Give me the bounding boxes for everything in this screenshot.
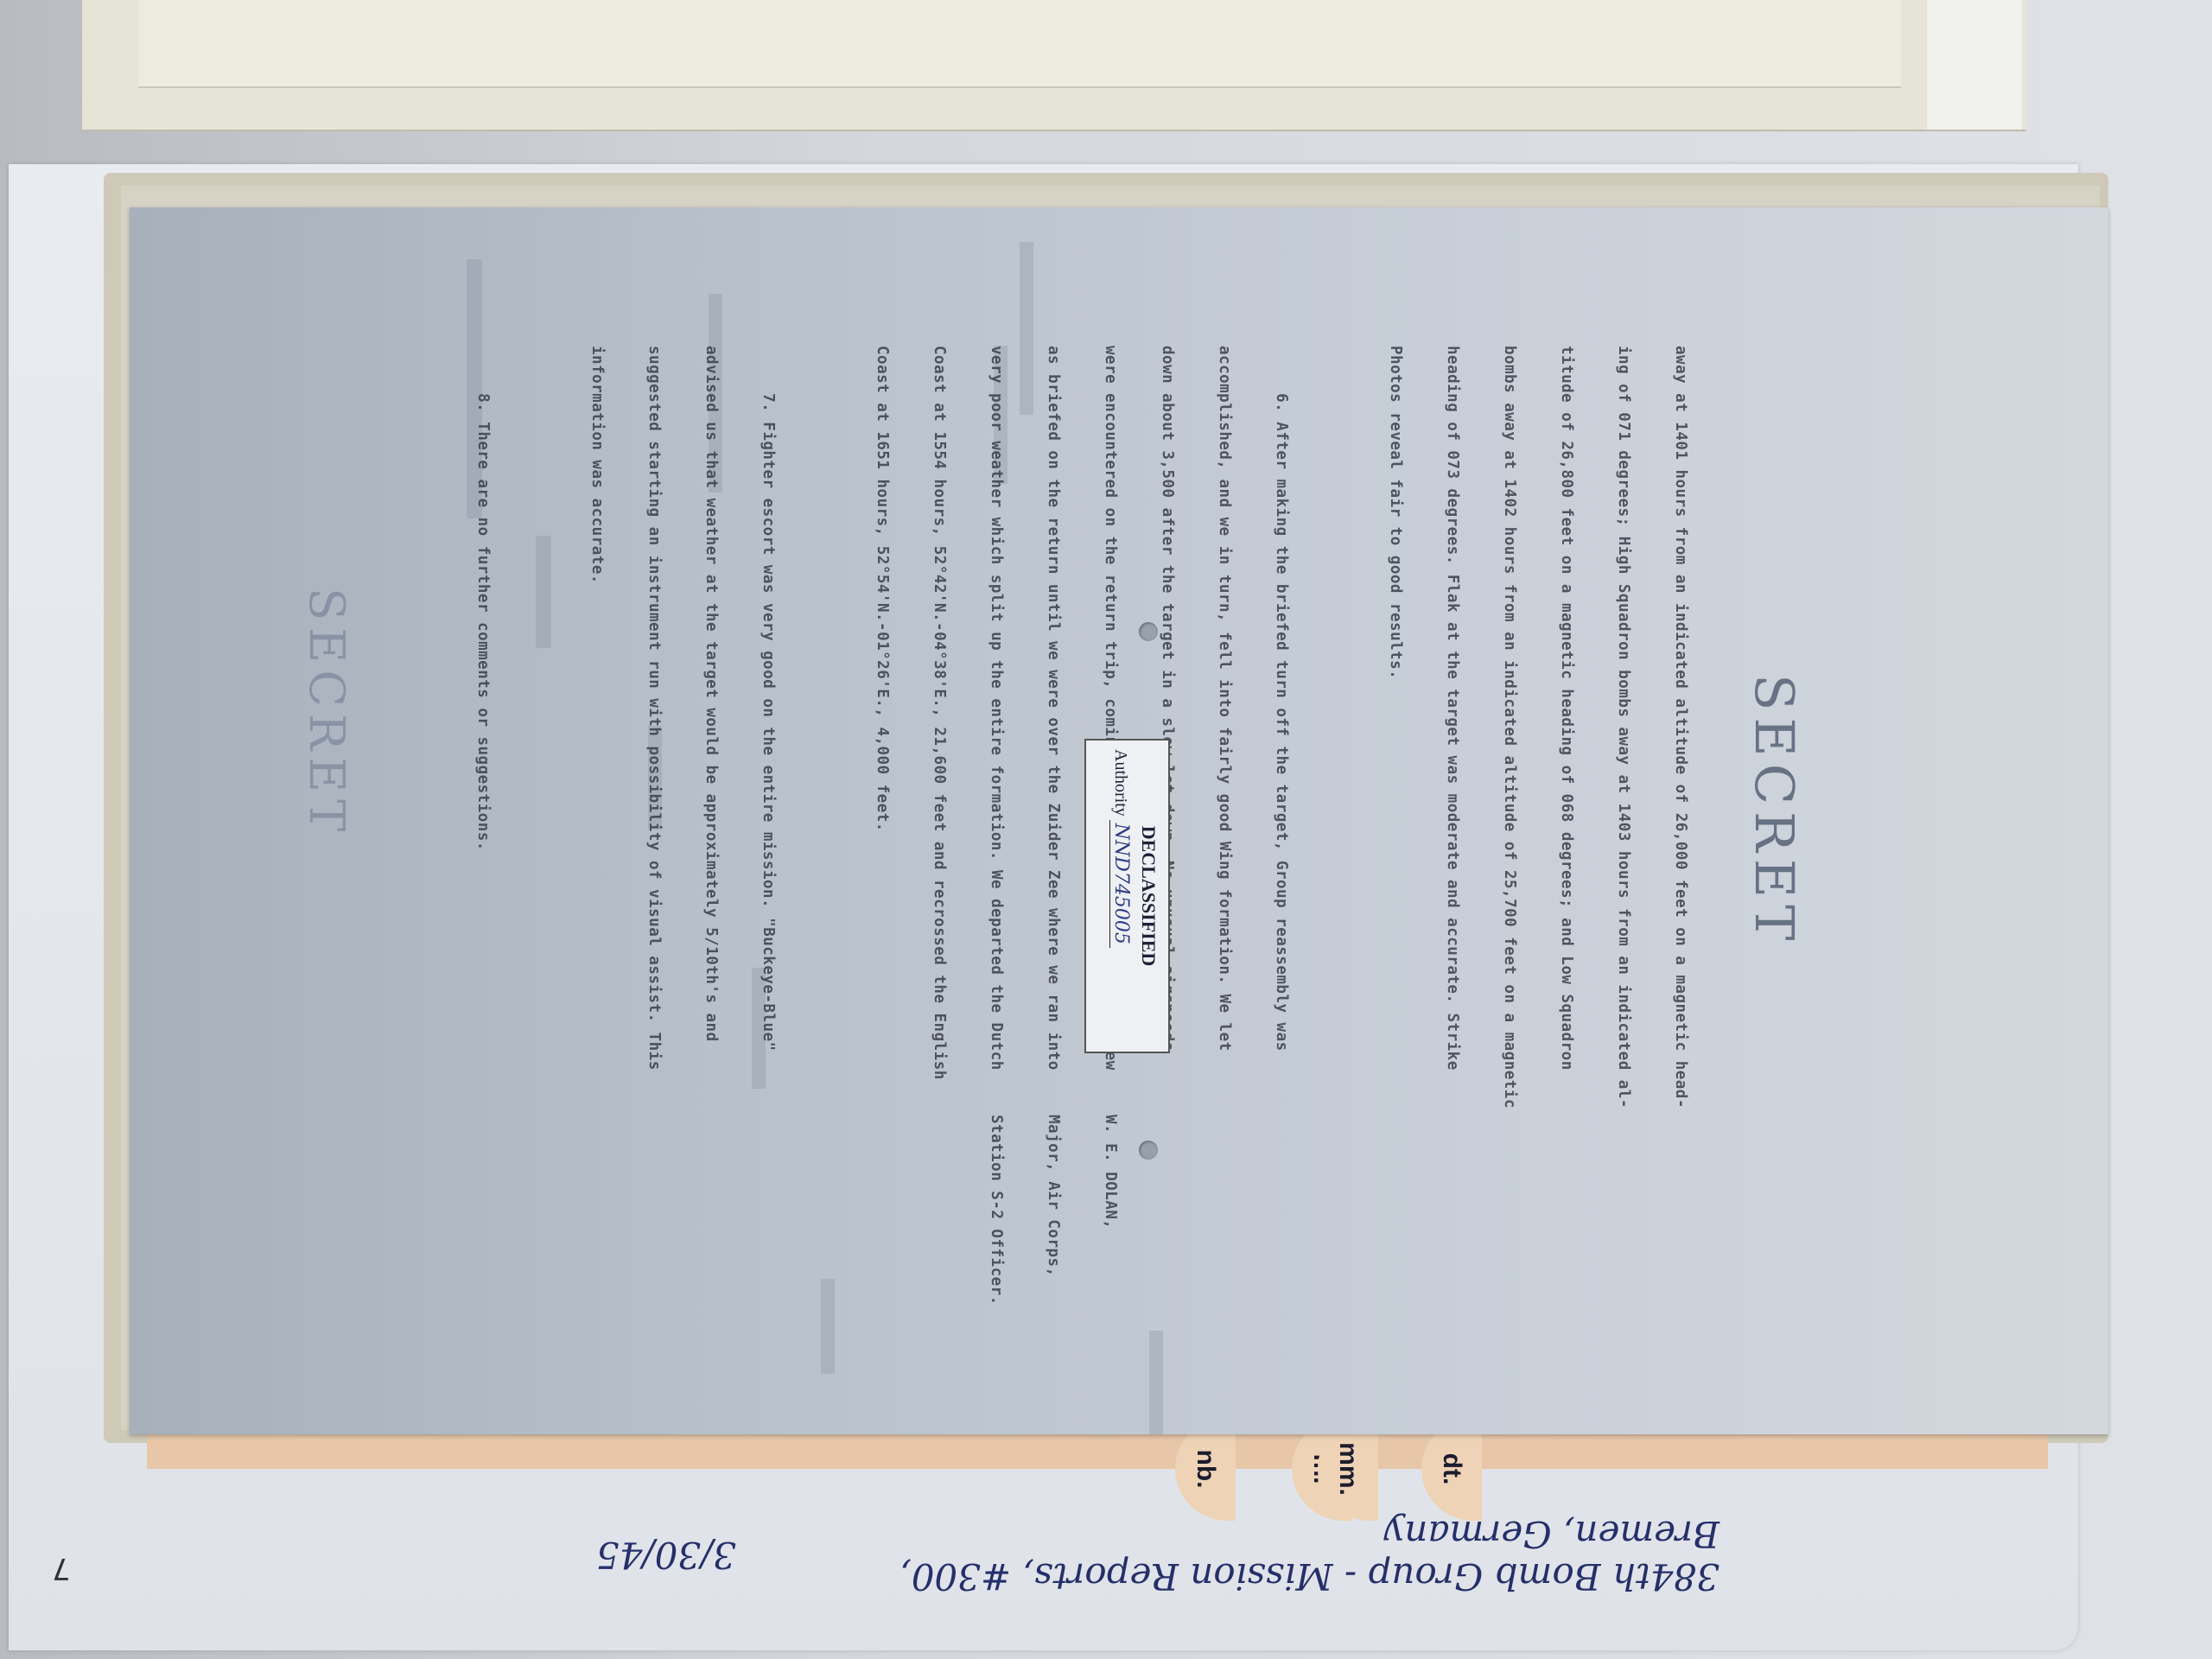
secret-stamp-bottom: SECRET — [298, 588, 354, 838]
top-document-edge — [1927, 0, 2022, 130]
document-body: away at 1401 hours from an indicated alt… — [435, 346, 1728, 1109]
paragraph-6: 6. After making the briefed turn off the… — [835, 346, 1329, 1109]
declassified-stamp: DECLASSIFIED Authority NND745005 — [1084, 739, 1170, 1053]
authority-number: NND745005 — [1109, 820, 1132, 948]
handwritten-folder-label: 384th Bomb Group - Mission Reports, #300… — [596, 1503, 1719, 1607]
handwritten-date: 3/30/45 — [596, 1535, 736, 1577]
top-document-page — [138, 0, 1901, 88]
handwritten-title: 384th Bomb Group - Mission Reports, #300… — [788, 1513, 1719, 1598]
paragraph-8: 8. There are no further comments or sugg… — [435, 346, 531, 1109]
secret-stamp: SECRET — [1743, 674, 1806, 947]
paragraph-7: 7. Fighter escort was very good on the e… — [550, 346, 816, 1109]
folder-corner-mark: 7 — [52, 1551, 71, 1586]
declassified-title: DECLASSIFIED — [1137, 749, 1160, 1043]
show-through-text — [821, 1279, 835, 1374]
authority-label: Authority — [1111, 749, 1130, 817]
paragraph-5: away at 1401 hours from an indicated alt… — [1348, 346, 1728, 1109]
show-through-text — [1149, 1331, 1163, 1434]
signature-block: W. E. DOLAN, Major, Air Corps, Station S… — [949, 1115, 1158, 1306]
